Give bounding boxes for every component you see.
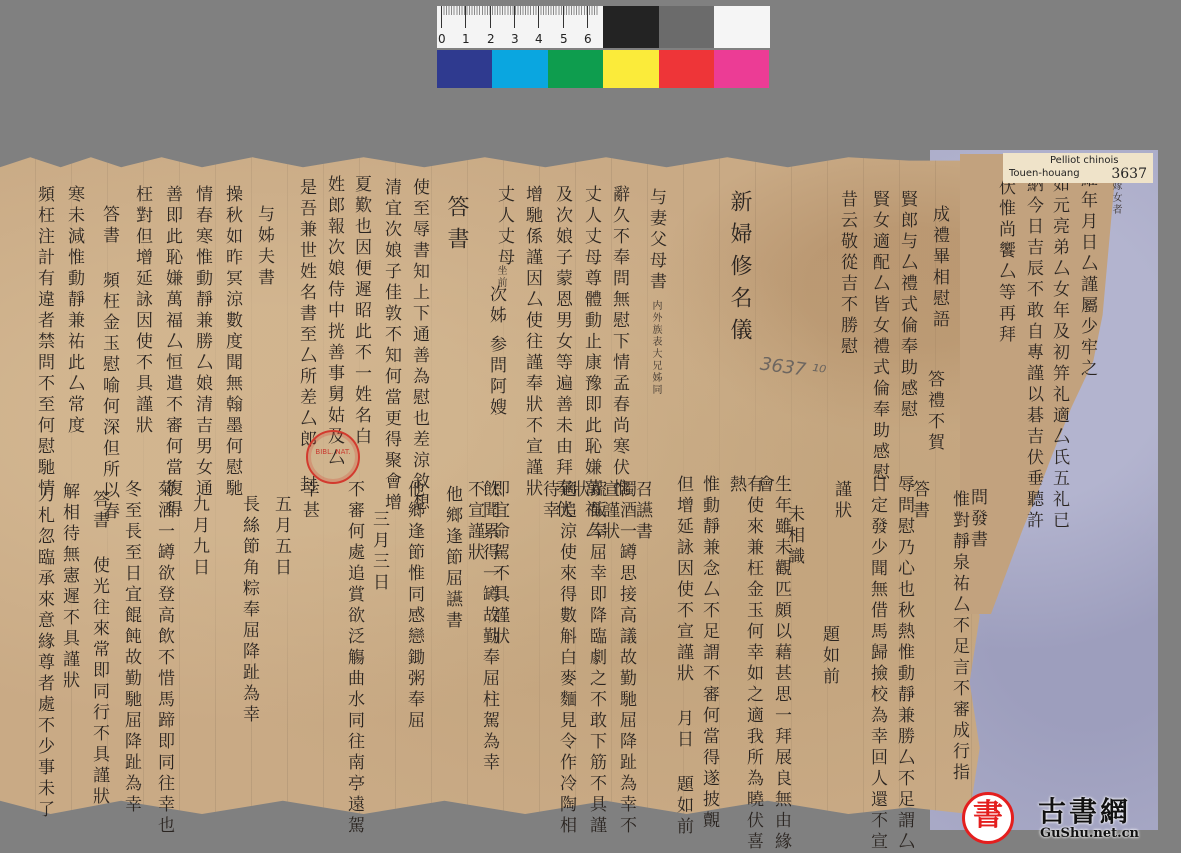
- swatch-cyan: [492, 50, 547, 88]
- manuscript-column: 情春寒惟動靜兼勝厶娘清吉男女通: [193, 185, 210, 500]
- manuscript-column: 納今日吉辰不敢自專謹以碁吉伏垂聽許: [1024, 175, 1041, 532]
- logo-seal-icon: 書: [962, 792, 1014, 844]
- swatch-green: [548, 50, 603, 88]
- manuscript-column: 他鄉逢節惟同感戀鋤粥奉屈: [405, 480, 422, 732]
- manuscript-column: 三月三日: [370, 510, 387, 594]
- ruler-label: 1: [462, 32, 470, 46]
- manuscript-column: 内外族表大兄姊同: [650, 300, 660, 396]
- manuscript-column: 如元亮弟厶女年及初笄礼適厶氏五礼已: [1050, 175, 1067, 532]
- manuscript-column: 答書: [445, 195, 467, 259]
- manuscript-column: 有使來兼枉金玉何幸如之適我所為曉伏喜熱: [727, 475, 761, 853]
- manuscript-column: 成禮畢相慰語: [930, 205, 947, 331]
- ruler-label: 0: [438, 32, 446, 46]
- manuscript-column: 参問阿嫂: [487, 335, 504, 419]
- manuscript-column: 頻枉注計有違者禁問不至何慰馳情: [35, 185, 52, 500]
- manuscript-column: 解相待無憲遲不具謹狀: [60, 482, 77, 692]
- manuscript-column: 刀札忽臨承來意緣尊者處不少事未了: [35, 485, 52, 821]
- seal-text: BIBL. NAT.: [308, 448, 358, 456]
- logo-title: 古書網: [1038, 790, 1131, 830]
- swatch-gray: [659, 6, 715, 48]
- ruler-label: 4: [535, 32, 543, 46]
- color-calibration-chart: 0 1 2 3 4 5 6: [437, 6, 769, 88]
- manuscript-column: 菊酒一罇欲登高飲不惜馬蹄即同往幸也: [155, 480, 172, 837]
- manuscript-column: 寒未減惟動靜兼祐此厶常度: [65, 185, 82, 437]
- manuscript-column: 適追涼使來得數斛白麥麵見令作冷陶相待幸: [540, 480, 574, 853]
- manuscript-column: 善即此恥嫌萬福厶恒遣不審何當復得: [163, 185, 180, 521]
- manuscript-column: 及次娘子蒙恩男女等遍善未由拜奉伏: [553, 185, 570, 521]
- manuscript-column: 操秋如昨冥涼數度聞無翰墨何慰馳: [223, 185, 240, 500]
- ruler-label: 2: [487, 32, 495, 46]
- logo-url: GuShu.net.cn: [1040, 826, 1139, 841]
- swatch-red: [659, 50, 714, 88]
- manuscript-column: 伏惟尚饗厶等再拜: [996, 178, 1013, 346]
- manuscript-column: 次姊: [487, 285, 504, 327]
- manuscript-column: 賢郎与厶禮式倫奉助感慰: [898, 190, 915, 421]
- manuscript-column: 冬至長至日宜餛飩故勤馳屈降趾為幸: [122, 480, 139, 816]
- manuscript-column: 清宜次娘子佳敦不知何當更得聚會增: [382, 178, 399, 514]
- manuscript-column: 不宣謹狀: [465, 480, 482, 564]
- swatch-white: [714, 6, 770, 48]
- manuscript-column: 惟動靜兼念厶不足謂不審何當得遂披覿: [700, 475, 717, 832]
- manuscript-column: 答書 使光往來常即同行不具謹狀: [90, 490, 107, 808]
- swatch-magenta: [714, 50, 769, 88]
- manuscript-column: 賢女適配厶皆女禮式倫奉助感慰: [870, 190, 887, 484]
- manuscript-column: 他鄉逢節屈讌書: [443, 485, 460, 632]
- manuscript-column: 新婦修名儀: [728, 190, 750, 350]
- swatch-blue: [437, 50, 492, 88]
- manuscript-column: 惟對靜泉祐厶不足言不審成行指: [950, 490, 967, 784]
- gushu-watermark-logo: 書 古書網 GuShu.net.cn: [960, 790, 1160, 846]
- manuscript-column: 日定發少聞無借馬歸撿校為幸回人還不宣: [868, 475, 885, 853]
- ruler-scale: 0 1 2 3 4 5 6: [437, 6, 603, 48]
- manuscript-column: 答禮不賀: [925, 370, 942, 454]
- manuscript-column: 与妻父母書: [647, 188, 664, 293]
- swatch-yellow: [603, 50, 658, 88]
- ruler-label: 6: [584, 32, 592, 46]
- manuscript-column: 長絲節角粽奉屈降趾為幸: [240, 495, 257, 726]
- manuscript-column: 答書 頻枉金玉慰喻何深但所以春: [100, 205, 117, 523]
- manuscript-column: 辭久不奉問無慰下情孟春尚寒伏惟: [610, 185, 627, 500]
- manuscript-column: 昔云敬從吉不勝慰: [838, 190, 855, 358]
- catalog-number: 3637: [1111, 166, 1147, 182]
- manuscript-column: 九月九日: [190, 495, 207, 579]
- manuscript-column: 增馳係謹因厶使往謹奉狀不宣謹狀: [523, 185, 540, 500]
- manuscript-column: 嫁女者: [1110, 180, 1120, 216]
- manuscript-column: 五月五日: [272, 495, 289, 579]
- manuscript-column: 謹狀: [832, 480, 849, 522]
- catalog-collection: Pelliot chinois: [1050, 155, 1118, 166]
- manuscript-column: 姓郎報次娘侍中挄善事舅姑及厶: [325, 175, 342, 469]
- catalog-origin: Touen-houang: [1009, 168, 1080, 179]
- manuscript-column: 枉對但增延詠因使不具謹狀: [133, 185, 150, 437]
- manuscript-column: 夏歎也因便遲昭此不一姓名白: [352, 175, 369, 448]
- swatch-black: [603, 6, 659, 48]
- manuscript-column: 但增延詠因使不宣謹狀 月日 題如前: [674, 475, 691, 838]
- manuscript-column: 使至辱書知上下通善為慰也差涼敘想: [410, 178, 427, 514]
- manuscript-column: 題如前: [820, 625, 837, 688]
- manuscript-column: 維年月日厶謹屬少牢之: [1078, 170, 1095, 380]
- manuscript-column: 不審何處追賞欲泛觴曲水同往南亭遠駕: [345, 480, 362, 837]
- manuscript-column: 幸甚: [300, 480, 317, 522]
- ruler-label: 3: [511, 32, 519, 46]
- manuscript-column: 辱問慰乃心也秋熱惟動靜兼勝厶不足謂厶: [895, 475, 912, 853]
- catalog-label: Pelliot chinois Touen-houang 3637: [1003, 153, 1153, 183]
- manuscript-column: 与姊夫書: [255, 205, 272, 289]
- manuscript-column: 問發書: [968, 488, 985, 551]
- ruler-label: 5: [560, 32, 568, 46]
- library-seal-stamp: BIBL. NAT.: [306, 430, 360, 484]
- manuscript-column: 丈人丈母: [495, 185, 512, 269]
